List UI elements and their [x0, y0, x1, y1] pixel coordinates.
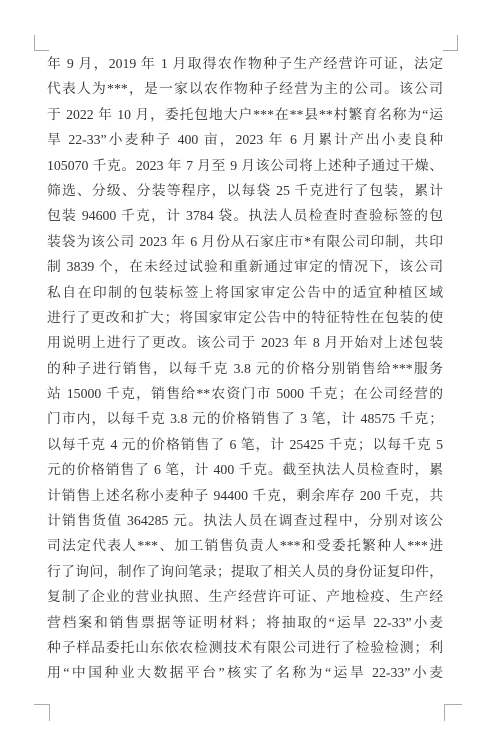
- document-text-line: 进行了更改和扩大；将国家审定公告中的特征特性在包装的使: [47, 305, 443, 330]
- document-text-line: 私自在印制的包装标签上将国家审定公告中的适宜种植区域: [47, 280, 443, 305]
- document-text-line: 代表人为***，是一家以农作物种子经营为主的公司。该公司: [47, 76, 443, 101]
- document-text-line: 司法定代表人***、加工销售负责人***和受委托繁种人***进: [47, 533, 443, 558]
- document-text-line: 包装 94600 千克，计 3784 袋。执法人员检查时查验标签的包: [47, 203, 443, 228]
- document-text-line: 旱 22-33”小麦种子 400 亩，2023 年 6 月累计产出小麦良种: [47, 127, 443, 152]
- document-text-line: 元的价格销售了 6 笔，计 400 千克。截至执法人员检查时，累: [47, 457, 443, 482]
- document-text-line: 行了询问，制作了询问笔录；提取了相关人员的身份证复印件，: [47, 559, 443, 584]
- document-text-line: 计销售上述名称小麦种子 94400 千克，剩余库存 200 千克，共: [47, 483, 443, 508]
- document-text-line: 制 3839 个，在未经过试验和重新通过审定的情况下，该公司: [47, 254, 443, 279]
- document-text-line: 筛选、分级、分装等程序，以每袋 25 千克进行了包装，累计: [47, 178, 443, 203]
- document-text-line: 用说明上进行了更改。该公司于 2023 年 8 月开始对上述包装: [47, 330, 443, 355]
- crop-mark-top-right: [443, 35, 458, 51]
- document-text-line: 105070 千克。2023 年 7 月至 9 月该公司将上述种子通过干燥、: [47, 153, 443, 178]
- document-text-area[interactable]: 年 9 月，2019 年 1 月取得农作物种子生产经营许可证，法定 代表人为**…: [47, 51, 443, 686]
- document-text-line: 年 9 月，2019 年 1 月取得农作物种子生产经营许可证，法定: [47, 51, 443, 76]
- crop-mark-bottom-left: [34, 704, 50, 721]
- document-text-line: 的种子进行销售，以每千克 3.8 元的价格分别销售给***服务: [47, 356, 443, 381]
- document-text-line: 种子样品委托山东依农检测技术有限公司进行了检验检测；利: [47, 635, 443, 660]
- document-text-line: 于 2022 年 10 月，委托包地大户***在**县**村繁育名称为“运: [47, 102, 443, 127]
- crop-mark-top-left: [34, 35, 49, 51]
- document-text-line: 营档案和销售票据等证明材料；将抽取的“运旱 22-33”小麦: [47, 610, 443, 635]
- crop-mark-bottom-right: [444, 704, 462, 721]
- document-text-line: 计销售货值 364285 元。执法人员在调查过程中，分别对该公: [47, 508, 443, 533]
- document-text-line: 站 15000 千克，销售给**农资门市 5000 千克；在公司经营的: [47, 381, 443, 406]
- document-text-line: 装袋为该公司 2023 年 6 月份从石家庄市*有限公司印制，共印: [47, 229, 443, 254]
- document-text-line: 门市内，以每千克 3.8 元的价格销售了 3 笔，计 48575 千克；: [47, 406, 443, 431]
- document-text-line: 用“中国种业大数据平台”核实了名称为“运旱 22-33”小麦: [47, 660, 443, 685]
- document-page: 年 9 月，2019 年 1 月取得农作物种子生产经营许可证，法定 代表人为**…: [0, 0, 485, 750]
- document-text-line: 复制了企业的营业执照、生产经营许可证、产地检疫、生产经: [47, 584, 443, 609]
- document-text-line: 以每千克 4 元的价格销售了 6 笔，计 25425 千克；以每千克 5: [47, 432, 443, 457]
